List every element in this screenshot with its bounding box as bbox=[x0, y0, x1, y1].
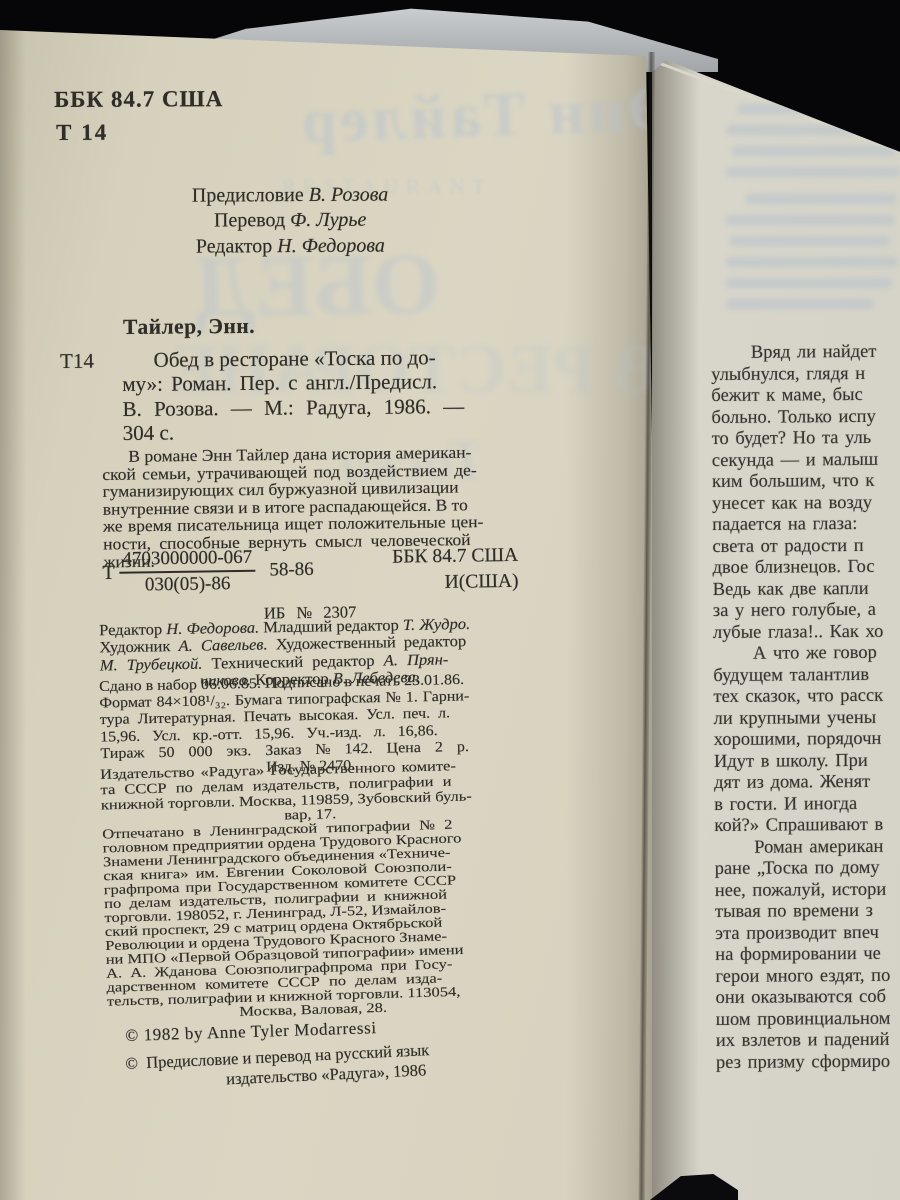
text-line: ране „Тоска по дому bbox=[715, 858, 900, 881]
text-line: ким большим, что к bbox=[712, 471, 900, 494]
text-line: Ведь как две капли bbox=[713, 578, 900, 601]
text-line: хорошими, порядочн bbox=[714, 729, 900, 752]
text-run: Ф. Лурье bbox=[290, 209, 366, 231]
showthrough-line bbox=[726, 215, 894, 225]
text-line: секунда — и малыш bbox=[712, 449, 900, 472]
copyright-english: © 1982 by Anne Tyler Modarressi bbox=[125, 1018, 377, 1046]
text-run: Перевод bbox=[214, 209, 290, 231]
bbk-author-code: Т 14 bbox=[56, 120, 108, 146]
bbk-classification-header: ББК 84.7 США bbox=[54, 86, 223, 113]
text-line: двое близнецов. Гос bbox=[713, 557, 900, 580]
text-line: лубые глаза!.. Как хо bbox=[713, 621, 900, 644]
text-run: Предисловие bbox=[192, 184, 309, 207]
showthrough-line bbox=[726, 167, 900, 177]
text-line: кой?» Спрашивают в bbox=[714, 815, 900, 838]
showthrough-line bbox=[726, 125, 898, 135]
text-line: тывая по времени з bbox=[715, 901, 900, 924]
showthrough-line bbox=[730, 236, 890, 246]
text-line: то будет? Но та уль bbox=[712, 428, 900, 451]
catalog-number-block: Т 4703000000-067 030(05)-86 58-86 ББК 84… bbox=[102, 543, 519, 597]
text-line: 304 с. bbox=[123, 418, 515, 446]
text-line: больно. Только испу bbox=[711, 406, 900, 429]
text-line: Вряд ли найдет bbox=[711, 342, 900, 365]
text-line: эта производит впеч bbox=[715, 922, 900, 945]
showthrough-line bbox=[732, 146, 896, 156]
showthrough-line bbox=[726, 299, 874, 309]
catalog-entry-code: Т14 bbox=[60, 349, 94, 374]
text-line: му»: Роман. Пер. с англ./Предисл. bbox=[122, 369, 514, 397]
catalog-code: 58-86 bbox=[269, 559, 314, 582]
text-line: А что же говор bbox=[713, 643, 900, 666]
text-line: ли крупными учены bbox=[714, 707, 900, 730]
text-line: на формировании че bbox=[715, 944, 900, 967]
text-line: Идут в школу. При bbox=[714, 750, 900, 773]
bbk-right-line-2: И(США) bbox=[392, 568, 518, 595]
text-line: шом провинциальном bbox=[716, 1008, 900, 1031]
text-line: герои много ездят, по bbox=[715, 965, 900, 988]
text-line: улыбнулся, глядя н bbox=[711, 363, 900, 386]
text-run: Т. Жудро. bbox=[403, 615, 471, 634]
bbk-right-block: ББК 84.7 США И(США) bbox=[392, 543, 519, 596]
left-page-edge-shadow bbox=[0, 0, 26, 1200]
catalog-prefix: Т bbox=[102, 561, 115, 584]
right-page-gutter-shadow bbox=[650, 0, 700, 1200]
text-line: нее, пожалуй, истори bbox=[715, 879, 900, 902]
catalog-fraction: 4703000000-067 030(05)-86 bbox=[119, 547, 256, 597]
text-run: М. Трубецкой. bbox=[100, 654, 203, 674]
author-heading: Тайлер, Энн. bbox=[123, 314, 255, 340]
text-run: А. Савельев. bbox=[178, 636, 267, 656]
text-line: тех сказок, что расск bbox=[713, 686, 900, 709]
text-line: Роман американ bbox=[714, 836, 900, 859]
right-page-showthrough-lines bbox=[726, 104, 900, 320]
catalog-fraction-denominator: 030(05)-86 bbox=[120, 572, 256, 597]
text-line: Перевод Ф. Лурье bbox=[115, 208, 465, 235]
text-line: Редактор Н. Федорова bbox=[115, 233, 465, 260]
text-line: падается на глаза: bbox=[712, 514, 900, 537]
bbk-right-line-1: ББК 84.7 США bbox=[392, 543, 518, 570]
showthrough-line bbox=[746, 194, 896, 204]
showthrough-line bbox=[726, 257, 898, 267]
text-line: Предисловие В. Розова bbox=[115, 182, 465, 209]
text-run: Редактор bbox=[196, 235, 278, 257]
bibliographic-entry: Обед в ресторане «Тоска по до-му»: Роман… bbox=[122, 345, 515, 446]
text-line: за у него голубые, а bbox=[713, 600, 900, 623]
showthrough-line bbox=[738, 104, 896, 114]
text-run: Н. Федорова bbox=[277, 234, 385, 257]
text-line: они оказываются соб bbox=[716, 987, 900, 1010]
text-line: их взлетов и падений bbox=[716, 1030, 900, 1053]
text-line: дят из дома. Женят bbox=[714, 772, 900, 795]
text-line: в гости. И иногда bbox=[714, 793, 900, 816]
text-line: В. Розова. — М.: Радуга, 1986. — bbox=[122, 393, 514, 421]
text-run: В. Розова bbox=[309, 184, 389, 206]
text-line: Обед в ресторане «Тоска по до- bbox=[122, 345, 514, 373]
text-run: Редактор bbox=[99, 620, 167, 639]
credits-block: Предисловие В. РозоваПеревод Ф. ЛурьеРед… bbox=[115, 182, 465, 260]
printing-house-block: Отпечатано в Ленинградской типографии № … bbox=[102, 815, 519, 1022]
text-line: рез призму сформиро bbox=[716, 1051, 900, 1074]
text-line: света от радости п bbox=[712, 535, 900, 558]
copyright-russian: © Предисловие и перевод на русский языки… bbox=[125, 1036, 526, 1094]
text-line: унесет как на возду bbox=[712, 492, 900, 515]
catalog-fraction-numerator: 4703000000-067 bbox=[119, 547, 255, 574]
showthrough-line bbox=[726, 278, 892, 288]
text-line: будущем талантлив bbox=[713, 664, 900, 687]
text-line: бежит к маме, быс bbox=[711, 385, 900, 408]
right-page-body-text: Вряд ли найдетулыбнулся, глядя нбежит к … bbox=[711, 342, 900, 1074]
text-run: Художник bbox=[99, 637, 178, 656]
text-run: А. Прян- bbox=[384, 650, 449, 669]
